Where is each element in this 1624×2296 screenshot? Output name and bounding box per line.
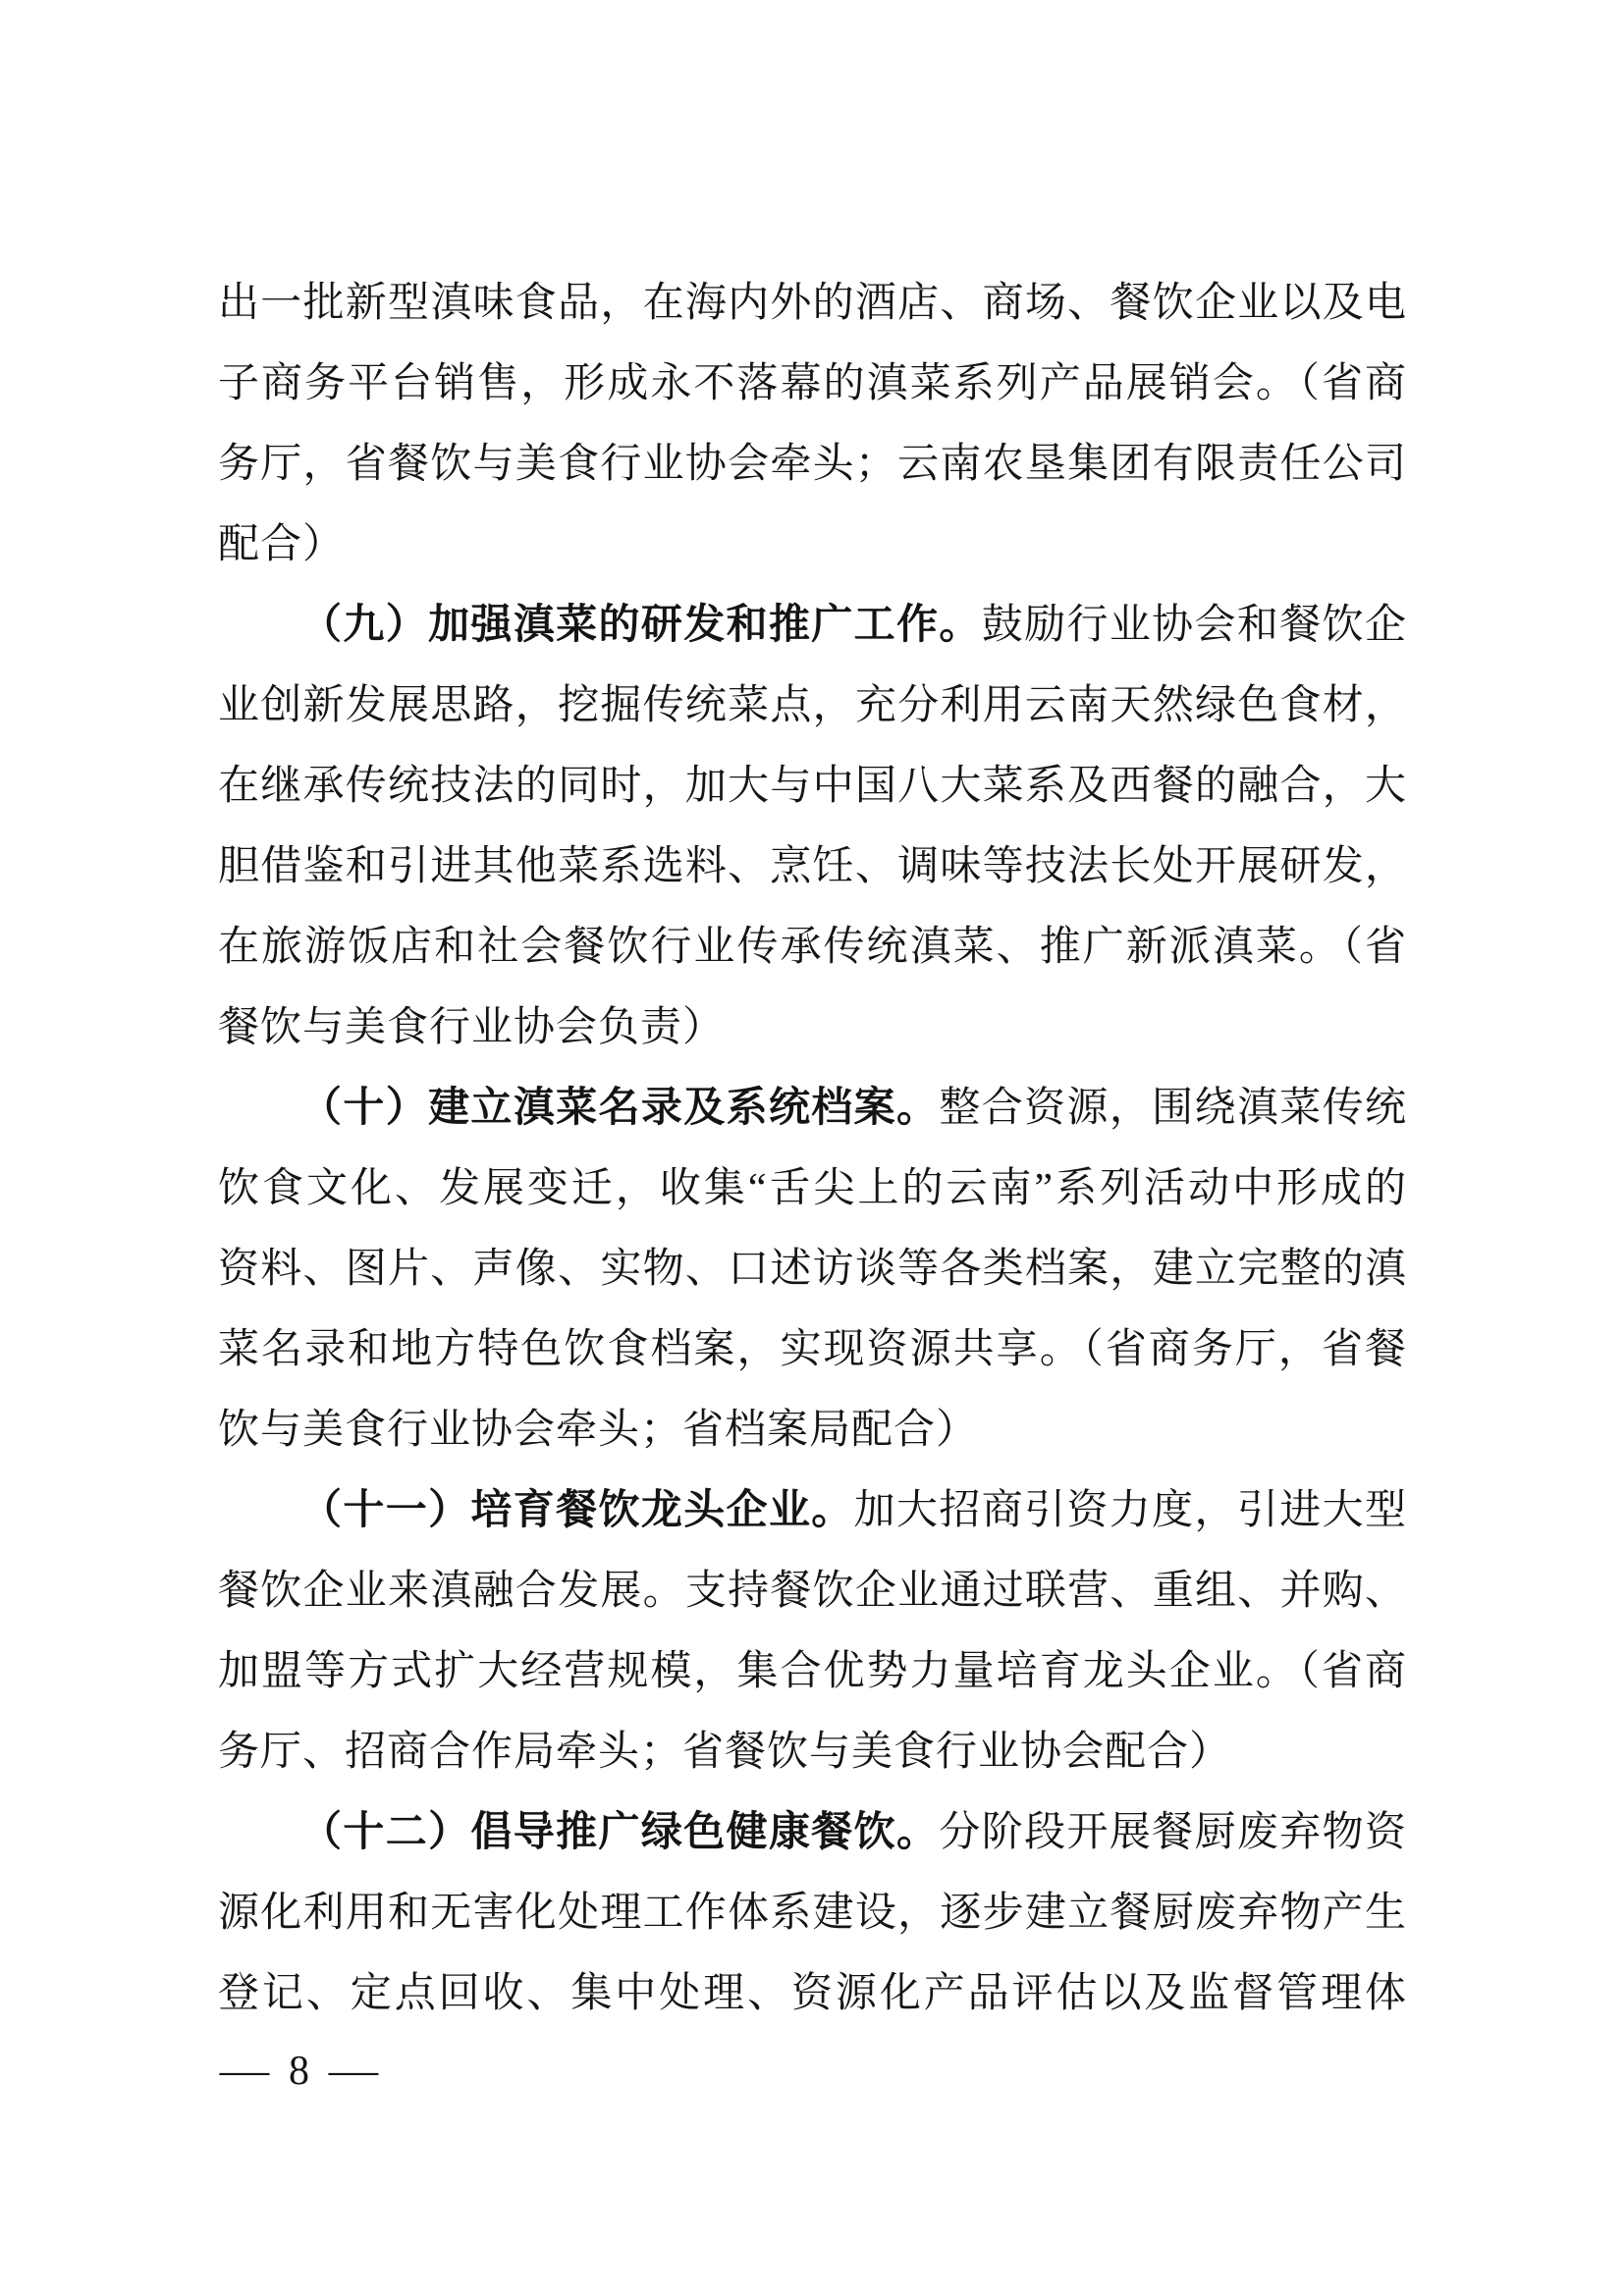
text-line: （九）加强滇菜的研发和推广工作。鼓励行业协会和餐饮企 [218, 585, 1406, 666]
text-line: 登记、定点回收、集中处理、资源化产品评估以及监督管理体 [218, 1953, 1406, 2034]
document-page: 出一批新型滇味食品，在海内外的酒店、商场、餐饮企业以及电 子商务平台销售，形成永… [0, 0, 1624, 2296]
text-line: 饮食文化、发展变迁，收集“舌尖上的云南”系列活动中形成的 [218, 1148, 1406, 1229]
text-line-body: 饮与美食行业协会牵头；省档案局配合） [218, 1408, 978, 1453]
text-line: 资料、图片、声像、实物、口述访谈等各类档案，建立完整的滇 [218, 1229, 1406, 1309]
text-line: 业创新发展思路，挖掘传统菜点，充分利用云南天然绿色食材， [218, 666, 1406, 746]
text-line: 在旅游饭店和社会餐饮行业传承传统滇菜、推广新派滇菜。（省 [218, 907, 1406, 988]
text-line-body: 加大招商引资力度，引进大型 [854, 1488, 1406, 1533]
text-line-body: 配合） [218, 522, 345, 567]
text-line-body: 业创新发展思路，挖掘传统菜点，充分利用云南天然绿色食材， [218, 683, 1406, 728]
text-line: （十二）倡导推广绿色健康餐饮。分阶段开展餐厨废弃物资 [218, 1792, 1406, 1873]
paragraph-heading: （十）建立滇菜名录及系统档案。 [300, 1086, 939, 1131]
text-line: 胆借鉴和引进其他菜系选料、烹饪、调味等技法长处开展研发， [218, 827, 1406, 907]
text-line: 出一批新型滇味食品，在海内外的酒店、商场、餐饮企业以及电 [218, 263, 1406, 344]
text-line: 务厅，省餐饮与美食行业协会牵头；云南农垦集团有限责任公司 [218, 424, 1406, 505]
text-line: 菜名录和地方特色饮食档案，实现资源共享。（省商务厅，省餐 [218, 1309, 1406, 1390]
text-line: （十一）培育餐饮龙头企业。加大招商引资力度，引进大型 [218, 1470, 1406, 1551]
text-line-body: 务厅，省餐饮与美食行业协会牵头；云南农垦集团有限责任公司 [218, 442, 1406, 487]
text-line-body: 餐饮与美食行业协会负责） [218, 1005, 725, 1050]
text-line-body: 饮食文化、发展变迁，收集“舌尖上的云南”系列活动中形成的 [218, 1166, 1406, 1211]
text-line-body: 在旅游饭店和社会餐饮行业传承传统滇菜、推广新派滇菜。（省 [218, 925, 1406, 970]
text-line-body: 资料、图片、声像、实物、口述访谈等各类档案，建立完整的滇 [218, 1247, 1406, 1292]
text-line-body: 出一批新型滇味食品，在海内外的酒店、商场、餐饮企业以及电 [218, 281, 1406, 326]
text-line: 子商务平台销售，形成永不落幕的滇菜系列产品展销会。（省商 [218, 344, 1406, 424]
document-text-block: 出一批新型滇味食品，在海内外的酒店、商场、餐饮企业以及电 子商务平台销售，形成永… [218, 263, 1406, 2034]
text-line-body: 源化利用和无害化处理工作体系建设，逐步建立餐厨废弃物产生 [218, 1891, 1406, 1936]
text-line: 源化利用和无害化处理工作体系建设，逐步建立餐厨废弃物产生 [218, 1873, 1406, 1953]
text-line-body: 菜名录和地方特色饮食档案，实现资源共享。（省商务厅，省餐 [218, 1327, 1406, 1372]
text-line: （十）建立滇菜名录及系统档案。整合资源，围绕滇菜传统 [218, 1068, 1406, 1148]
text-line-body: 胆借鉴和引进其他菜系选料、烹饪、调味等技法长处开展研发， [218, 844, 1406, 889]
footer-dash-right: — [329, 2050, 378, 2093]
paragraph-heading: （十二）倡导推广绿色健康餐饮。 [300, 1810, 939, 1855]
paragraph-heading: （十一）培育餐饮龙头企业。 [300, 1488, 854, 1533]
text-line-body: 子商务平台销售，形成永不落幕的滇菜系列产品展销会。（省商 [218, 361, 1406, 406]
page-footer: — 8 — [224, 2050, 374, 2093]
text-line: 饮与美食行业协会牵头；省档案局配合） [218, 1390, 1406, 1470]
text-line-body: 整合资源，围绕滇菜传统 [939, 1086, 1406, 1131]
text-line: 务厅、招商合作局牵头；省餐饮与美食行业协会配合） [218, 1712, 1406, 1792]
text-line: 在继承传统技法的同时，加大与中国八大菜系及西餐的融合，大 [218, 746, 1406, 827]
text-line: 餐饮与美食行业协会负责） [218, 988, 1406, 1068]
text-line: 餐饮企业来滇融合发展。支持餐饮企业通过联营、重组、并购、 [218, 1551, 1406, 1631]
footer-dash-left: — [220, 2050, 269, 2093]
text-line-body: 登记、定点回收、集中处理、资源化产品评估以及监督管理体 [218, 1971, 1406, 2016]
text-line-body: 务厅、招商合作局牵头；省餐饮与美食行业协会配合） [218, 1730, 1231, 1775]
paragraph-heading: （九）加强滇菜的研发和推广工作。 [300, 603, 982, 648]
text-line-body: 分阶段开展餐厨废弃物资 [939, 1810, 1406, 1855]
text-line-body: 在继承传统技法的同时，加大与中国八大菜系及西餐的融合，大 [218, 764, 1406, 809]
text-line: 加盟等方式扩大经营规模，集合优势力量培育龙头企业。（省商 [218, 1631, 1406, 1712]
text-line-body: 鼓励行业协会和餐饮企 [982, 603, 1406, 648]
page-number: 8 [289, 2050, 309, 2093]
text-line-body: 餐饮企业来滇融合发展。支持餐饮企业通过联营、重组、并购、 [218, 1569, 1406, 1614]
text-line-body: 加盟等方式扩大经营规模，集合优势力量培育龙头企业。（省商 [218, 1649, 1406, 1694]
text-line: 配合） [218, 505, 1406, 585]
